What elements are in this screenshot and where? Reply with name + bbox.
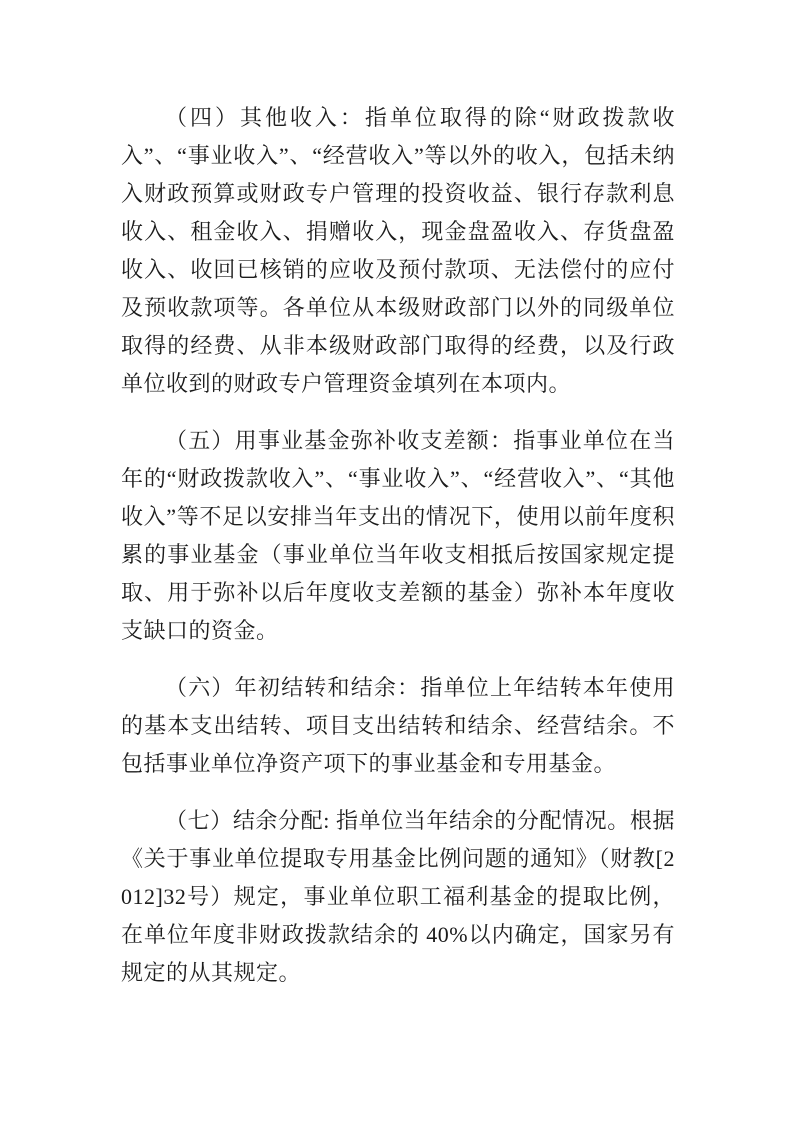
document-text-column: （四）其他收入：指单位取得的除“财政拨款收入”、“事业收入”、“经营收入”等以外… — [121, 99, 675, 992]
paragraph-fund-offset: （五）用事业基金弥补收支差额：指事业单位在当年的“财政拨款收入”、“事业收入”、… — [121, 422, 675, 650]
paragraph-other-income: （四）其他收入：指单位取得的除“财政拨款收入”、“事业收入”、“经营收入”等以外… — [121, 99, 675, 403]
document-page: （四）其他收入：指单位取得的除“财政拨款收入”、“事业收入”、“经营收入”等以外… — [0, 0, 793, 1122]
paragraph-surplus-distribution: （七）结余分配: 指单位当年结余的分配情况。根据《关于事业单位提取专用基金比例问… — [121, 802, 675, 992]
paragraph-carryover-surplus: （六）年初结转和结余：指单位上年结转本年使用的基本支出结转、项目支出结转和结余、… — [121, 669, 675, 783]
